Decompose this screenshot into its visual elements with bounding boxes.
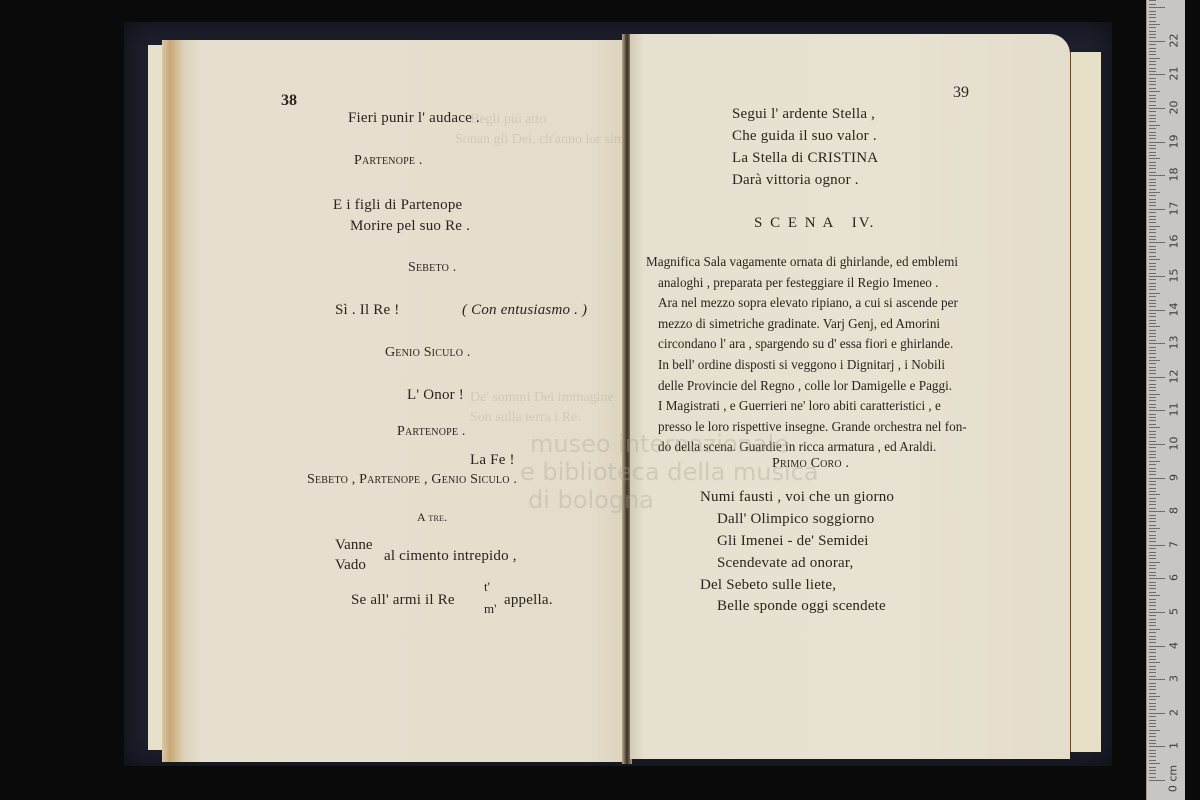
ruler-tick	[1149, 683, 1156, 684]
ruler-tick	[1149, 703, 1156, 704]
ruler-tick	[1149, 37, 1156, 38]
ruler-tick	[1149, 283, 1156, 284]
ruler-tick	[1149, 457, 1156, 458]
ruler-tick	[1149, 41, 1165, 42]
verse-line: L' Onor !	[407, 387, 464, 404]
ruler-tick	[1149, 343, 1165, 344]
ruler-tick	[1149, 431, 1156, 432]
chorus-line: Scendevate ad onorar,	[717, 555, 853, 572]
ruler-tick	[1149, 676, 1156, 677]
verse-line: Segui l' ardente Stella ,	[732, 106, 875, 123]
ruler-tick	[1149, 34, 1156, 35]
ruler-number: 8	[1168, 502, 1181, 520]
stage-direction: ( Con entusiasmo . )	[462, 302, 587, 319]
chorus-line: Gli Imenei - de' Semidei	[717, 533, 869, 550]
ruler-tick	[1149, 145, 1156, 146]
ruler-tick	[1149, 51, 1156, 52]
ruler-tick	[1149, 746, 1165, 747]
ruler-tick	[1149, 464, 1156, 465]
ruler-tick	[1149, 27, 1156, 28]
ruler-tick	[1149, 736, 1156, 737]
ruler-tick	[1149, 222, 1156, 223]
ruler-tick	[1149, 333, 1156, 334]
ruler-tick	[1149, 541, 1156, 542]
ruler-tick	[1149, 397, 1156, 398]
verse-line: Morire pel suo Re .	[350, 218, 470, 235]
ruler-tick	[1149, 454, 1156, 455]
ruler-tick	[1149, 770, 1156, 771]
ruler-tick	[1149, 340, 1156, 341]
ruler-tick	[1149, 689, 1156, 690]
ruler-tick	[1149, 511, 1165, 512]
chorus-line: Dall' Olimpico soggiorno	[717, 511, 875, 528]
ruler-tick	[1149, 293, 1160, 294]
ruler-tick	[1149, 68, 1156, 69]
ruler-number: 14	[1168, 300, 1181, 318]
watermark-line: di bologna	[528, 486, 654, 514]
ruler-tick	[1149, 424, 1156, 425]
ruler-tick	[1149, 135, 1156, 136]
ruler-tick	[1149, 54, 1156, 55]
ruler-tick	[1149, 279, 1156, 280]
verse-line: Fieri punir l' audace .	[348, 110, 480, 127]
ruler-tick	[1149, 246, 1156, 247]
scene-heading: S C E N A IV.	[754, 215, 875, 232]
speaker-name: Partenope .	[397, 424, 466, 440]
ruler-tick	[1149, 767, 1156, 768]
bleed-through-text: Begli più atto	[470, 112, 546, 128]
ruler-tick	[1149, 326, 1160, 327]
ruler-tick	[1149, 276, 1165, 277]
ruler-tick	[1149, 504, 1156, 505]
ruler-tick	[1149, 622, 1156, 623]
ruler-tick	[1149, 646, 1165, 647]
ruler-tick	[1149, 451, 1156, 452]
ruler-tick	[1149, 404, 1156, 405]
ruler-tick	[1149, 182, 1156, 183]
ruler-tick	[1149, 414, 1156, 415]
ruler-tick	[1149, 353, 1156, 354]
ruler-tick	[1149, 394, 1160, 395]
ruler-tick	[1149, 780, 1165, 781]
ruler-tick	[1149, 588, 1156, 589]
ruler-tick	[1149, 491, 1156, 492]
ruler-tick	[1149, 209, 1165, 210]
ruler-tick	[1149, 313, 1156, 314]
bleed-through-text: Son sulla terra i Re.	[470, 410, 581, 426]
ruler-tick	[1149, 756, 1156, 757]
ruler-tick	[1149, 81, 1156, 82]
ruler-number: 4	[1168, 636, 1181, 654]
stage-direction-line: In bell' ordine disposti si veggono i Di…	[658, 355, 1016, 376]
ruler-tick	[1149, 384, 1156, 385]
ruler-tick	[1149, 380, 1156, 381]
ruler-tick	[1149, 84, 1156, 85]
ruler-tick	[1149, 48, 1156, 49]
ruler-tick	[1149, 105, 1156, 106]
ruler-tick	[1149, 78, 1156, 79]
variant-word-bottom: Vado	[335, 557, 366, 574]
ruler-tick	[1149, 31, 1156, 32]
ruler-tick	[1149, 303, 1156, 304]
ruler-tick	[1149, 410, 1165, 411]
ruler-tick	[1149, 441, 1156, 442]
ruler-tick	[1149, 508, 1156, 509]
ruler-tick	[1149, 555, 1156, 556]
verse-line: Darà vittoria ognor .	[732, 172, 859, 189]
watermark-line: museo internazionale	[530, 430, 789, 458]
ruler-tick	[1149, 740, 1156, 741]
ruler-tick	[1149, 609, 1156, 610]
ruler-tick	[1149, 148, 1156, 149]
ruler-tick	[1149, 189, 1156, 190]
ruler-tick	[1149, 24, 1160, 25]
ruler-tick	[1149, 726, 1156, 727]
ruler-tick	[1149, 672, 1156, 673]
ruler-tick	[1149, 162, 1156, 163]
ruler-tick	[1149, 649, 1156, 650]
ruler-unit-label: 0 cm	[1167, 765, 1180, 793]
ruler-tick	[1149, 518, 1156, 519]
ruler-tick	[1149, 21, 1156, 22]
ruler-tick	[1149, 777, 1156, 778]
ruler-tick	[1149, 625, 1156, 626]
ruler-tick	[1149, 289, 1156, 290]
under-sheet-right	[1068, 52, 1101, 752]
ruler-tick	[1149, 4, 1156, 5]
ruler-tick	[1149, 552, 1156, 553]
ruler-tick	[1149, 521, 1156, 522]
ruler-tick	[1149, 558, 1156, 559]
ruler-tick	[1149, 706, 1156, 707]
ruler-tick	[1149, 229, 1156, 230]
ruler-number: 13	[1168, 334, 1181, 352]
verse-line: La Stella di CRISTINA	[732, 150, 878, 167]
ruler-tick	[1149, 535, 1156, 536]
ruler-tick	[1149, 7, 1165, 8]
ruler-tick	[1149, 128, 1156, 129]
ruler-tick	[1149, 525, 1156, 526]
ruler-tick	[1149, 205, 1156, 206]
ruler-tick	[1149, 71, 1156, 72]
speaker-name: Genio Siculo .	[385, 345, 471, 361]
stage-direction-line: analoghi , preparata per festeggiare il …	[658, 273, 1016, 294]
ruler-tick	[1149, 286, 1156, 287]
ruler-tick	[1149, 14, 1156, 15]
ruler-tick	[1149, 316, 1156, 317]
ruler-tick	[1149, 266, 1156, 267]
ruler-tick	[1149, 666, 1156, 667]
ruler-tick	[1149, 336, 1156, 337]
ruler-tick	[1149, 720, 1156, 721]
ruler-tick	[1149, 494, 1160, 495]
verse-line: al cimento intrepido ,	[384, 548, 517, 565]
ruler-tick	[1149, 168, 1156, 169]
variant-pronoun-bottom: m'	[484, 601, 496, 617]
ruler-tick	[1149, 713, 1165, 714]
ruler-tick	[1149, 599, 1156, 600]
ruler-tick	[1149, 370, 1156, 371]
chorus-line: Numi fausti , voi che un giorno	[700, 489, 894, 506]
verse-line: Sì . Il Re !	[335, 302, 399, 319]
ruler-tick	[1149, 693, 1156, 694]
ruler-tick	[1149, 461, 1160, 462]
ruler-tick	[1149, 400, 1156, 401]
ruler-tick	[1149, 118, 1156, 119]
verse-line: E i figli di Partenope	[333, 197, 462, 214]
chorus-line: Del Sebeto sulle liete,	[700, 577, 836, 594]
ruler-tick	[1149, 252, 1156, 253]
ruler-tick	[1149, 568, 1156, 569]
ruler-tick	[1149, 390, 1156, 391]
ruler-tick	[1149, 545, 1165, 546]
verse-line: Se all' armi il Re	[351, 592, 455, 609]
ruler-number: 16	[1168, 233, 1181, 251]
ruler-number: 21	[1168, 65, 1181, 83]
ruler-tick	[1149, 101, 1156, 102]
speaker-name: Sebeto .	[408, 260, 456, 276]
ruler-tick	[1149, 629, 1160, 630]
ruler-tick	[1149, 95, 1156, 96]
ruler-tick	[1149, 662, 1160, 663]
ruler-tick	[1149, 363, 1156, 364]
ruler-tick	[1149, 256, 1156, 257]
stage-direction-line: mezzo di simetriche gradinate. Varj Genj…	[658, 314, 1016, 335]
ruler-number: 2	[1168, 703, 1181, 721]
ruler-tick	[1149, 659, 1156, 660]
ruler-tick	[1149, 216, 1156, 217]
ruler-tick	[1149, 444, 1165, 445]
ruler-tick	[1149, 242, 1165, 243]
ruler-tick	[1149, 488, 1156, 489]
ruler-tick	[1149, 175, 1165, 176]
stage-direction-line: I Magistrati , e Guerrieri ne' loro abit…	[658, 396, 1016, 417]
ruler-tick	[1149, 753, 1156, 754]
ruler-number: 1	[1168, 737, 1181, 755]
verse-line: appella.	[504, 592, 553, 609]
page-number-left: 38	[281, 92, 297, 110]
ruler-tick	[1149, 562, 1160, 563]
ruler-number: 18	[1168, 166, 1181, 184]
ruler-tick	[1149, 417, 1156, 418]
ruler-tick	[1149, 615, 1156, 616]
variant-word-top: Vanne	[335, 537, 373, 554]
ruler-number: 10	[1168, 435, 1181, 453]
ruler-tick	[1149, 515, 1156, 516]
ruler-tick	[1149, 605, 1156, 606]
ruler-tick	[1149, 219, 1156, 220]
ruler-tick	[1149, 468, 1156, 469]
ruler-tick	[1149, 152, 1156, 153]
ruler-tick	[1149, 132, 1156, 133]
ruler-number: 11	[1168, 401, 1181, 419]
stage-direction-line: delle Provincie del Regno , colle lor Da…	[658, 376, 1016, 397]
ruler-tick	[1149, 115, 1156, 116]
ruler-tick	[1149, 733, 1156, 734]
ruler-tick	[1149, 259, 1160, 260]
ruler-tick	[1149, 669, 1156, 670]
ruler-tick	[1149, 716, 1156, 717]
ruler-tick	[1149, 357, 1156, 358]
ruler-tick	[1149, 373, 1156, 374]
stage-direction-line: Magnifica Sala vagamente ornata di ghirl…	[646, 252, 1016, 273]
speaker-name: Partenope .	[354, 153, 423, 169]
ruler-tick	[1149, 582, 1156, 583]
ruler-tick	[1149, 199, 1156, 200]
ruler-tick	[1149, 709, 1156, 710]
ruler-tick	[1149, 232, 1156, 233]
ruler-number: 19	[1168, 132, 1181, 150]
ruler-tick	[1149, 763, 1160, 764]
ruler-tick	[1149, 202, 1156, 203]
stage-direction-line: circondano l' ara , spargendo su d' essa…	[658, 334, 1016, 355]
ruler-tick	[1149, 773, 1156, 774]
ruler-tick	[1149, 263, 1156, 264]
ruler-tick	[1149, 538, 1156, 539]
ruler-tick	[1149, 330, 1156, 331]
verse-line: La Fe !	[470, 452, 515, 469]
ruler-tick	[1149, 158, 1160, 159]
ruler-tick	[1149, 64, 1156, 65]
ruler-tick	[1149, 642, 1156, 643]
ruler-tick	[1149, 548, 1156, 549]
ruler-tick	[1149, 656, 1156, 657]
ruler-tick	[1149, 578, 1165, 579]
ruler-tick	[1149, 108, 1165, 109]
variant-pronoun-top: t'	[484, 579, 490, 595]
ruler-tick	[1149, 91, 1160, 92]
ruler-tick	[1149, 74, 1165, 75]
ruler-tick	[1149, 61, 1156, 62]
ruler-tick	[1149, 585, 1156, 586]
chorus-line: Belle sponde oggi scendete	[717, 598, 886, 615]
ruler-tick	[1149, 565, 1156, 566]
ruler-tick	[1149, 602, 1156, 603]
ruler-tick	[1149, 377, 1165, 378]
speaker-name: Sebeto , Partenope , Genio Siculo .	[307, 472, 517, 488]
ruler-tick	[1149, 427, 1160, 428]
ruler-tick	[1149, 185, 1156, 186]
ruler-tick	[1149, 750, 1156, 751]
ruler-tick	[1149, 195, 1156, 196]
ruler-tick	[1149, 296, 1156, 297]
ruler-tick	[1149, 723, 1156, 724]
ruler-tick	[1149, 474, 1156, 475]
ruler-tick	[1149, 142, 1165, 143]
ruler-tick	[1149, 44, 1156, 45]
ruler-number: 17	[1168, 199, 1181, 217]
ruler-tick	[1149, 481, 1156, 482]
ruler-tick	[1149, 0, 1156, 1]
ruler-tick	[1149, 699, 1156, 700]
ruler-tick	[1149, 679, 1165, 680]
ruler-tick	[1149, 320, 1156, 321]
ruler-number: 15	[1168, 267, 1181, 285]
ruler-tick	[1149, 323, 1156, 324]
page-number-right: 39	[953, 84, 969, 102]
ruler-number: 22	[1168, 31, 1181, 49]
ruler-tick	[1149, 58, 1160, 59]
ruler-tick	[1149, 420, 1156, 421]
verse-line: Che guida il suo valor .	[732, 128, 877, 145]
ruler-number: 5	[1168, 603, 1181, 621]
ruler-tick	[1149, 88, 1156, 89]
ruler-tick	[1149, 212, 1156, 213]
ruler-tick	[1149, 239, 1156, 240]
ruler-tick	[1149, 269, 1156, 270]
ruler-tick	[1149, 447, 1156, 448]
ruler-tick	[1149, 632, 1156, 633]
ruler-tick	[1149, 17, 1156, 18]
ruler-tick	[1149, 592, 1156, 593]
ruler-tick	[1149, 111, 1156, 112]
ruler-tick	[1149, 360, 1160, 361]
ruler-tick	[1149, 595, 1160, 596]
ruler-tick	[1149, 639, 1156, 640]
stage-direction-paragraph: Magnifica Sala vagamente ornata di ghirl…	[646, 252, 1016, 458]
ruler-number: 20	[1168, 99, 1181, 117]
ruler-tick	[1149, 367, 1156, 368]
ruler-tick	[1149, 696, 1160, 697]
ruler-tick	[1149, 300, 1156, 301]
bleed-through-text: De' sommi Dei immagine	[470, 390, 614, 406]
ruler-tick	[1149, 121, 1156, 122]
ruler-tick	[1149, 434, 1156, 435]
ruler-tick	[1149, 478, 1165, 479]
ruler-tick	[1149, 528, 1160, 529]
ruler-number: 12	[1168, 367, 1181, 385]
ruler-tick	[1149, 172, 1156, 173]
ruler-number: 9	[1168, 468, 1181, 486]
ruler-tick	[1149, 165, 1156, 166]
watermark-line: e biblioteca della musica	[520, 458, 819, 486]
ruler-tick	[1149, 192, 1160, 193]
ruler-tick	[1149, 501, 1156, 502]
ruler-tick	[1149, 236, 1156, 237]
ruler-tick	[1149, 730, 1160, 731]
ruler-tick	[1149, 437, 1156, 438]
ruler-tick	[1149, 686, 1156, 687]
ruler-tick	[1149, 98, 1156, 99]
ruler-tick	[1149, 484, 1156, 485]
ruler-tick	[1149, 226, 1160, 227]
ruler-tick	[1149, 179, 1156, 180]
ruler-tick	[1149, 387, 1156, 388]
ruler-tick	[1149, 306, 1156, 307]
ruler-tick	[1149, 249, 1156, 250]
ruler-tick	[1149, 471, 1156, 472]
stage-direction-line: Ara nel mezzo sopra elevato ripiano, a c…	[658, 293, 1016, 314]
ruler-tick	[1149, 273, 1156, 274]
ruler-tick	[1149, 498, 1156, 499]
ruler-tick	[1149, 347, 1156, 348]
ruler-tick	[1149, 743, 1156, 744]
ruler-tick	[1149, 155, 1156, 156]
ruler-tick	[1149, 11, 1156, 12]
ruler-tick	[1149, 125, 1160, 126]
ruler-tick	[1149, 138, 1156, 139]
ruler-tick	[1149, 612, 1165, 613]
ruler-tick	[1149, 575, 1156, 576]
ruler-tick	[1149, 310, 1165, 311]
ruler-tick	[1149, 636, 1156, 637]
ruler-tick	[1149, 572, 1156, 573]
ruler-number: 3	[1168, 670, 1181, 688]
speaker-name: A tre.	[417, 510, 447, 525]
ruler-tick	[1149, 619, 1156, 620]
ruler-tick	[1149, 407, 1156, 408]
ruler-number: 6	[1168, 569, 1181, 587]
